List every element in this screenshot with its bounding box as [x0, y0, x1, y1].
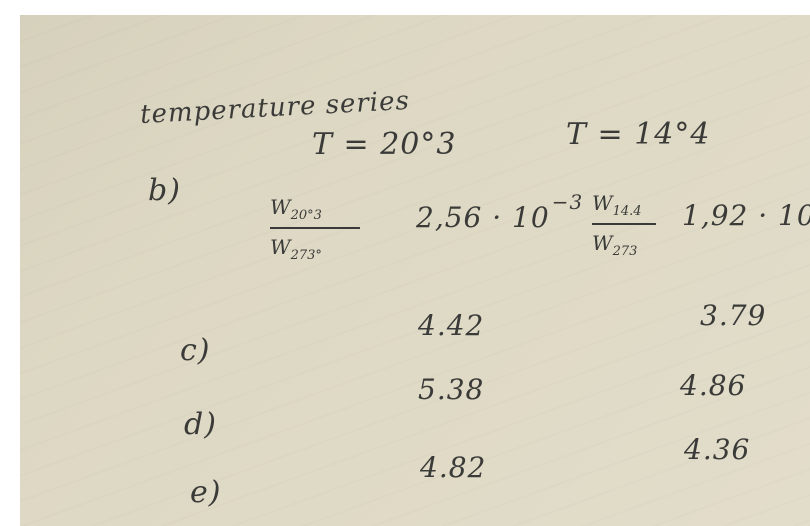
denominator-subscript: 273°: [291, 248, 322, 263]
value-col2-c: 3.79: [700, 299, 766, 332]
value-col2-d: 4.86: [680, 369, 746, 402]
ratio-numerator: W14.4: [592, 191, 642, 219]
fraction-bar: [270, 227, 360, 229]
temperature-column-2: T = 14°4: [566, 117, 710, 152]
value-exponent: −3: [552, 190, 583, 214]
value-col1-c: 4.42: [418, 309, 484, 342]
row-label-d: d): [184, 407, 217, 442]
ratio-denominator: W273°: [270, 235, 322, 263]
value-col1-b: 2,56 · 10−3: [416, 201, 583, 234]
manuscript-page: temperature series T = 20°3 T = 14°4 b) …: [20, 15, 810, 526]
value-mantissa: 1,92 · 10: [682, 199, 810, 232]
denominator-symbol: W: [592, 231, 613, 255]
numerator-subscript: 14.4: [613, 204, 642, 219]
ratio-denominator: W273: [592, 231, 637, 259]
heading: temperature series: [139, 86, 410, 130]
ratio-numerator: W20°3: [270, 195, 322, 223]
row-label-b: b): [148, 173, 181, 208]
denominator-symbol: W: [270, 235, 291, 259]
temperature-column-1: T = 20°3: [312, 127, 456, 162]
numerator-symbol: W: [592, 191, 613, 215]
row-label-c: c): [180, 333, 211, 368]
denominator-subscript: 273: [613, 244, 638, 259]
numerator-symbol: W: [270, 195, 291, 219]
ratio-col2-b: W14.4 W273: [592, 191, 656, 259]
row-label-e: e): [190, 475, 221, 510]
value-col1-d: 5.38: [418, 373, 484, 406]
value-mantissa: 2,56 · 10: [416, 201, 550, 234]
ratio-col1-b: W20°3 W273°: [270, 195, 360, 263]
value-col2-b: 1,92 · 10−3: [682, 199, 810, 232]
value-col2-e: 4.36: [684, 433, 750, 466]
value-col1-e: 4.82: [420, 451, 486, 484]
numerator-subscript: 20°3: [291, 208, 322, 223]
fraction-bar: [592, 223, 656, 225]
scan-frame: temperature series T = 20°3 T = 14°4 b) …: [0, 0, 810, 526]
